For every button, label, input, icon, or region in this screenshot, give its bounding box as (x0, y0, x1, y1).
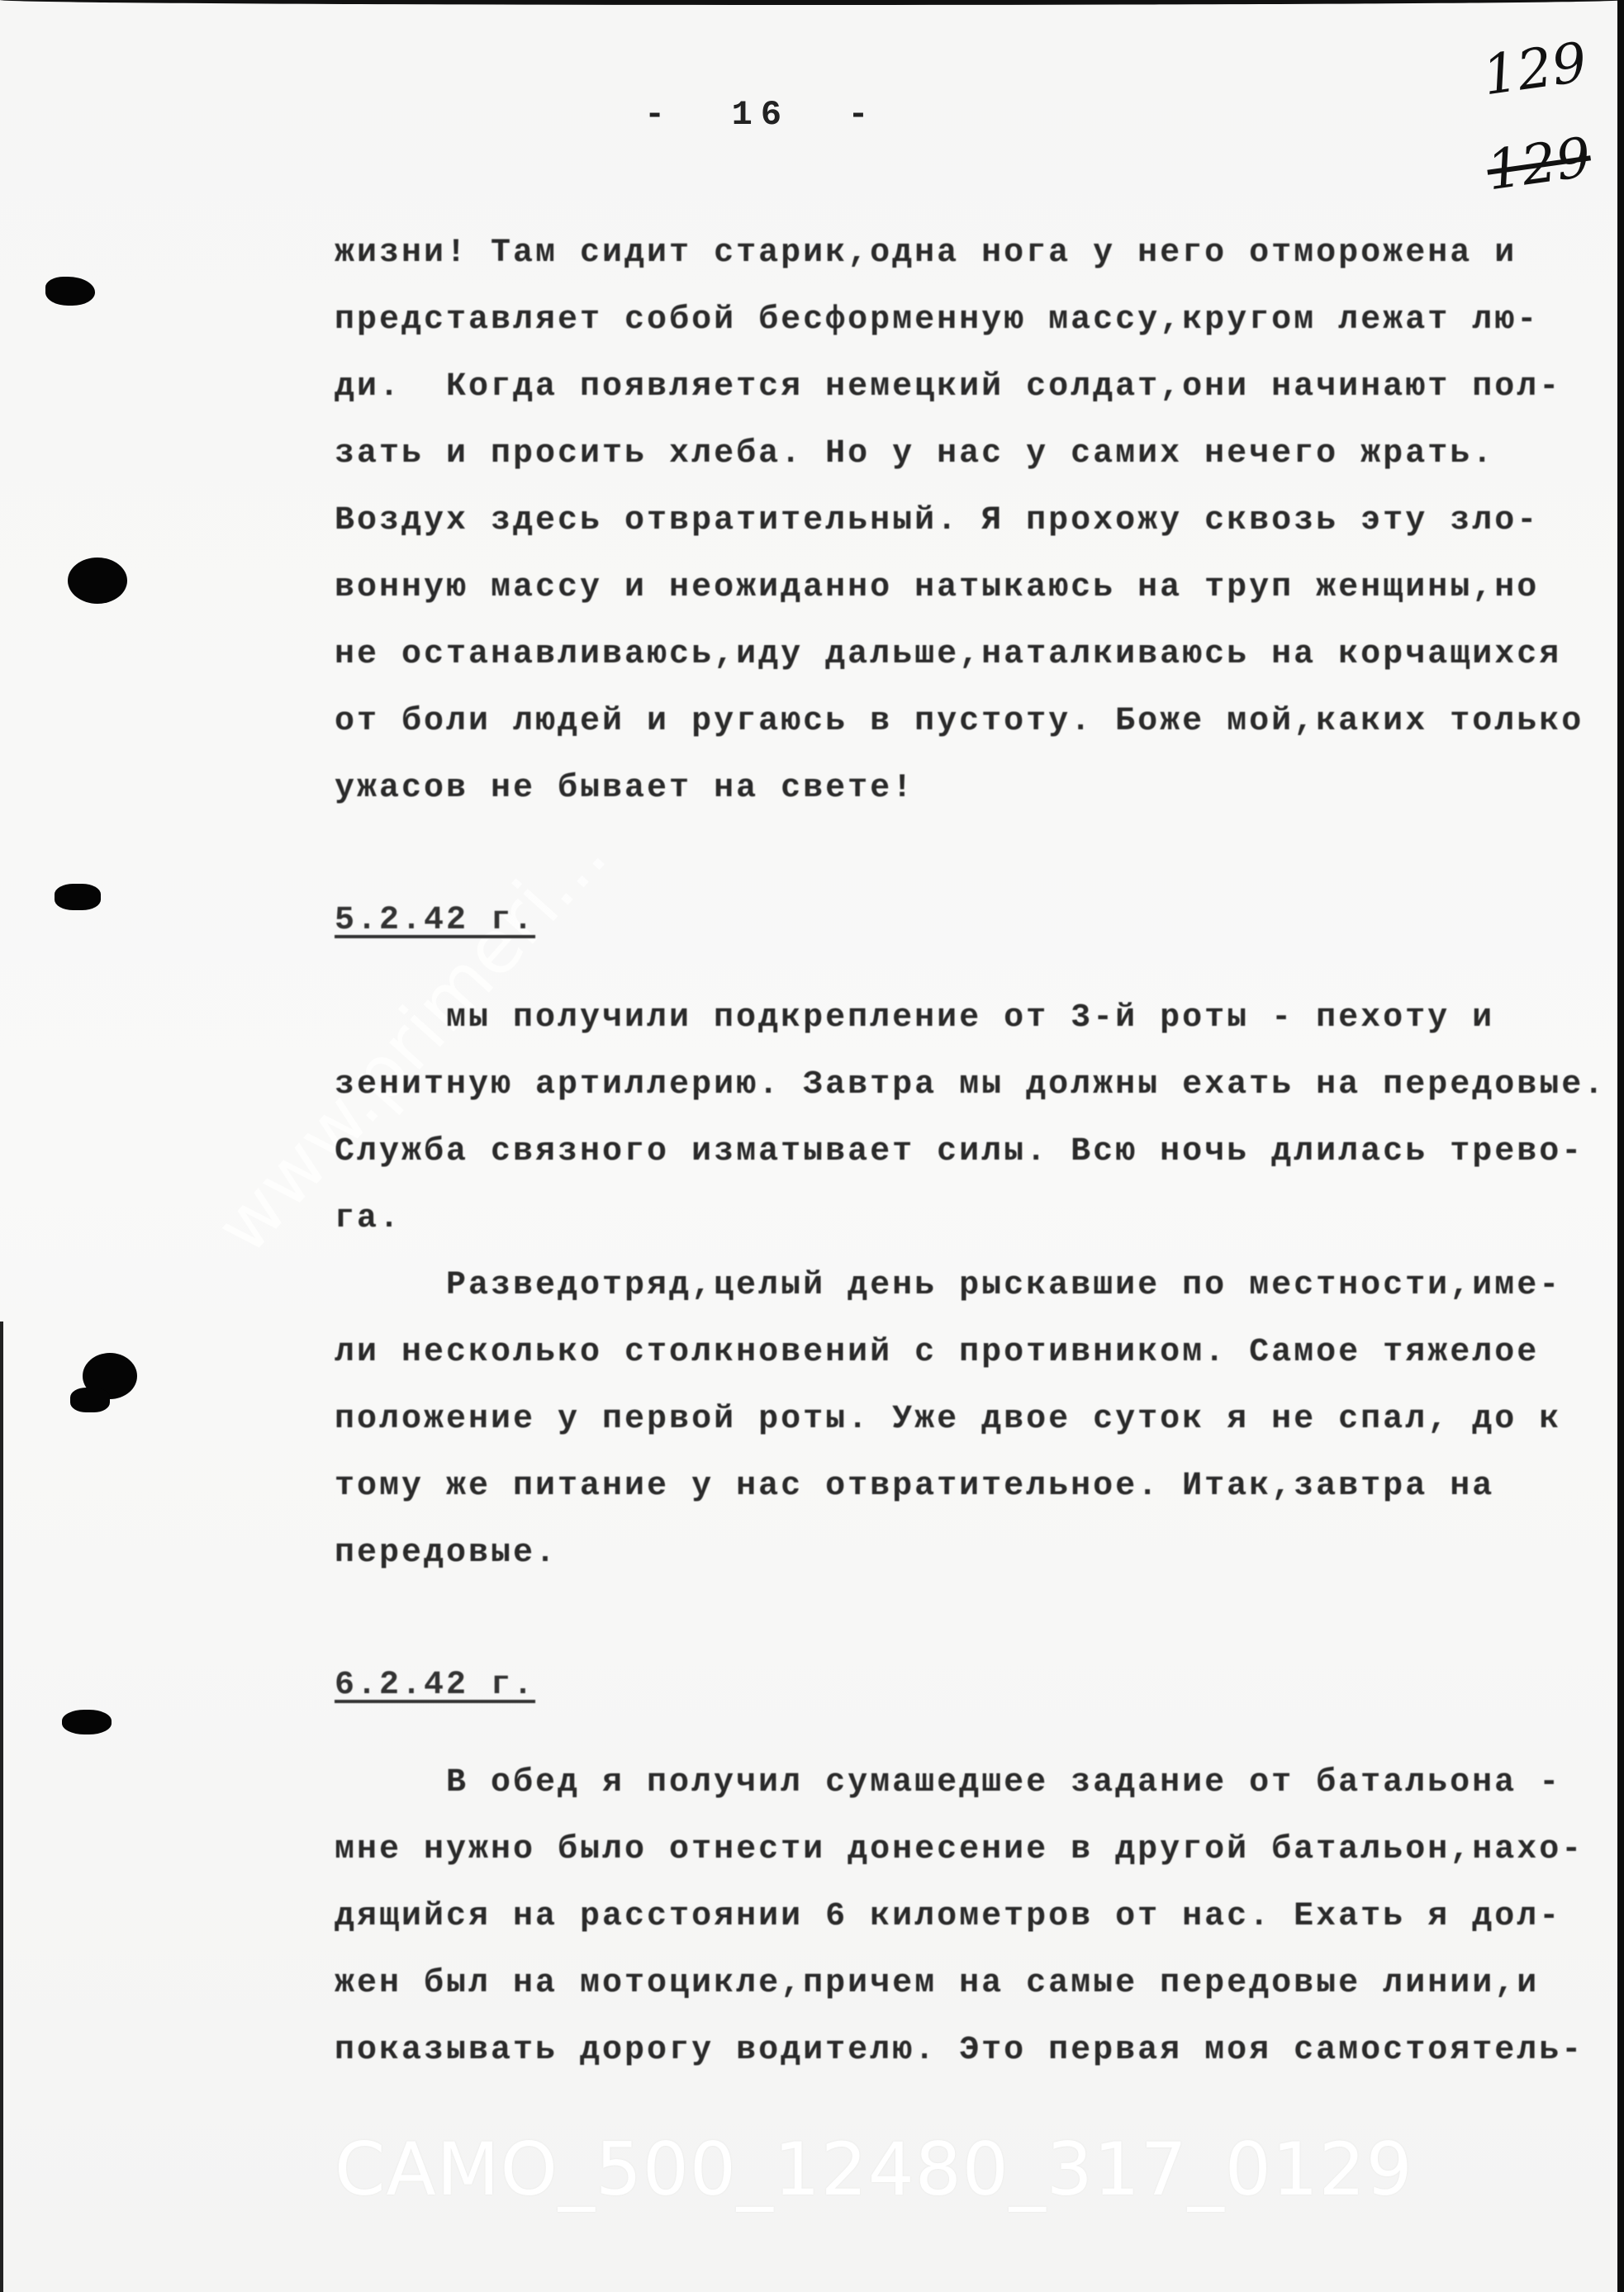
text-line: ли несколько столкновений с противником.… (335, 1333, 1539, 1373)
text-line: Разведотряд,целый день рыскавшие по мест… (446, 1266, 1561, 1306)
page-left-edge (0, 1322, 3, 2292)
text-line: мне нужно было отнести донесение в друго… (335, 1830, 1584, 1870)
text-line: от боли людей и ругаюсь в пустоту. Боже … (335, 702, 1584, 742)
folio-number-handwritten-struck: 129 (1483, 126, 1594, 203)
punch-hole-icon (55, 884, 101, 910)
punch-hole-icon (70, 1388, 110, 1412)
page-number: - 16 - (644, 95, 877, 135)
text-line: жен был на мотоцикле,причем на самые пер… (335, 1964, 1539, 2004)
text-line: представляет собой бесформенную массу,кр… (335, 301, 1539, 340)
text-line: дящийся на расстоянии 6 километров от на… (335, 1897, 1561, 1937)
text-line: зенитную артиллерию. Завтра мы должны ех… (335, 1065, 1606, 1105)
archive-watermark: CAMO_500_12480_317_0129 (335, 2127, 1413, 2212)
diagonal-watermark: www.primeri... (199, 812, 624, 1269)
punch-hole-icon (62, 1710, 112, 1734)
text-line: передовые. (335, 1534, 558, 1573)
document-page: www.primeri... - 16 - 129 129 жизни! Там… (0, 0, 1624, 2292)
page-top-edge (0, 0, 1624, 5)
text-line: вонную массу и неожиданно натыкаюсь на т… (335, 568, 1539, 608)
punch-hole-icon (68, 558, 127, 604)
text-line: ди. Когда появляется немецкий солдат,они… (335, 368, 1561, 407)
entry-date: 6.2.42 г. (335, 1666, 535, 1706)
text-line: Служба связного изматывает силы. Всю ноч… (335, 1132, 1584, 1172)
text-line: тому же питание у нас отвратительное. Ит… (335, 1467, 1494, 1507)
text-line: положение у первой роты. Уже двое суток … (335, 1400, 1561, 1440)
entry-date: 5.2.42 г. (335, 901, 535, 941)
text-line: зать и просить хлеба. Но у нас у самих н… (335, 434, 1494, 474)
punch-hole-icon (45, 277, 95, 306)
text-line: ужасов не бывает на свете! (335, 769, 914, 809)
text-line: жизни! Там сидит старик,одна нога у него… (335, 234, 1517, 273)
text-line: мы получили подкрепление от 3-й роты - п… (446, 999, 1494, 1038)
text-line: не останавливаюсь,иду дальше,наталкиваюс… (335, 635, 1561, 675)
text-line: га. (335, 1199, 401, 1239)
folio-number-handwritten: 129 (1479, 31, 1590, 108)
page-right-edge (1617, 0, 1624, 2292)
text-line: Воздух здесь отвратительный. Я прохожу с… (335, 501, 1539, 541)
text-line: В обед я получил сумашедшее задание от б… (446, 1763, 1561, 1803)
text-line: показывать дорогу водителю. Это первая м… (335, 2031, 1584, 2071)
